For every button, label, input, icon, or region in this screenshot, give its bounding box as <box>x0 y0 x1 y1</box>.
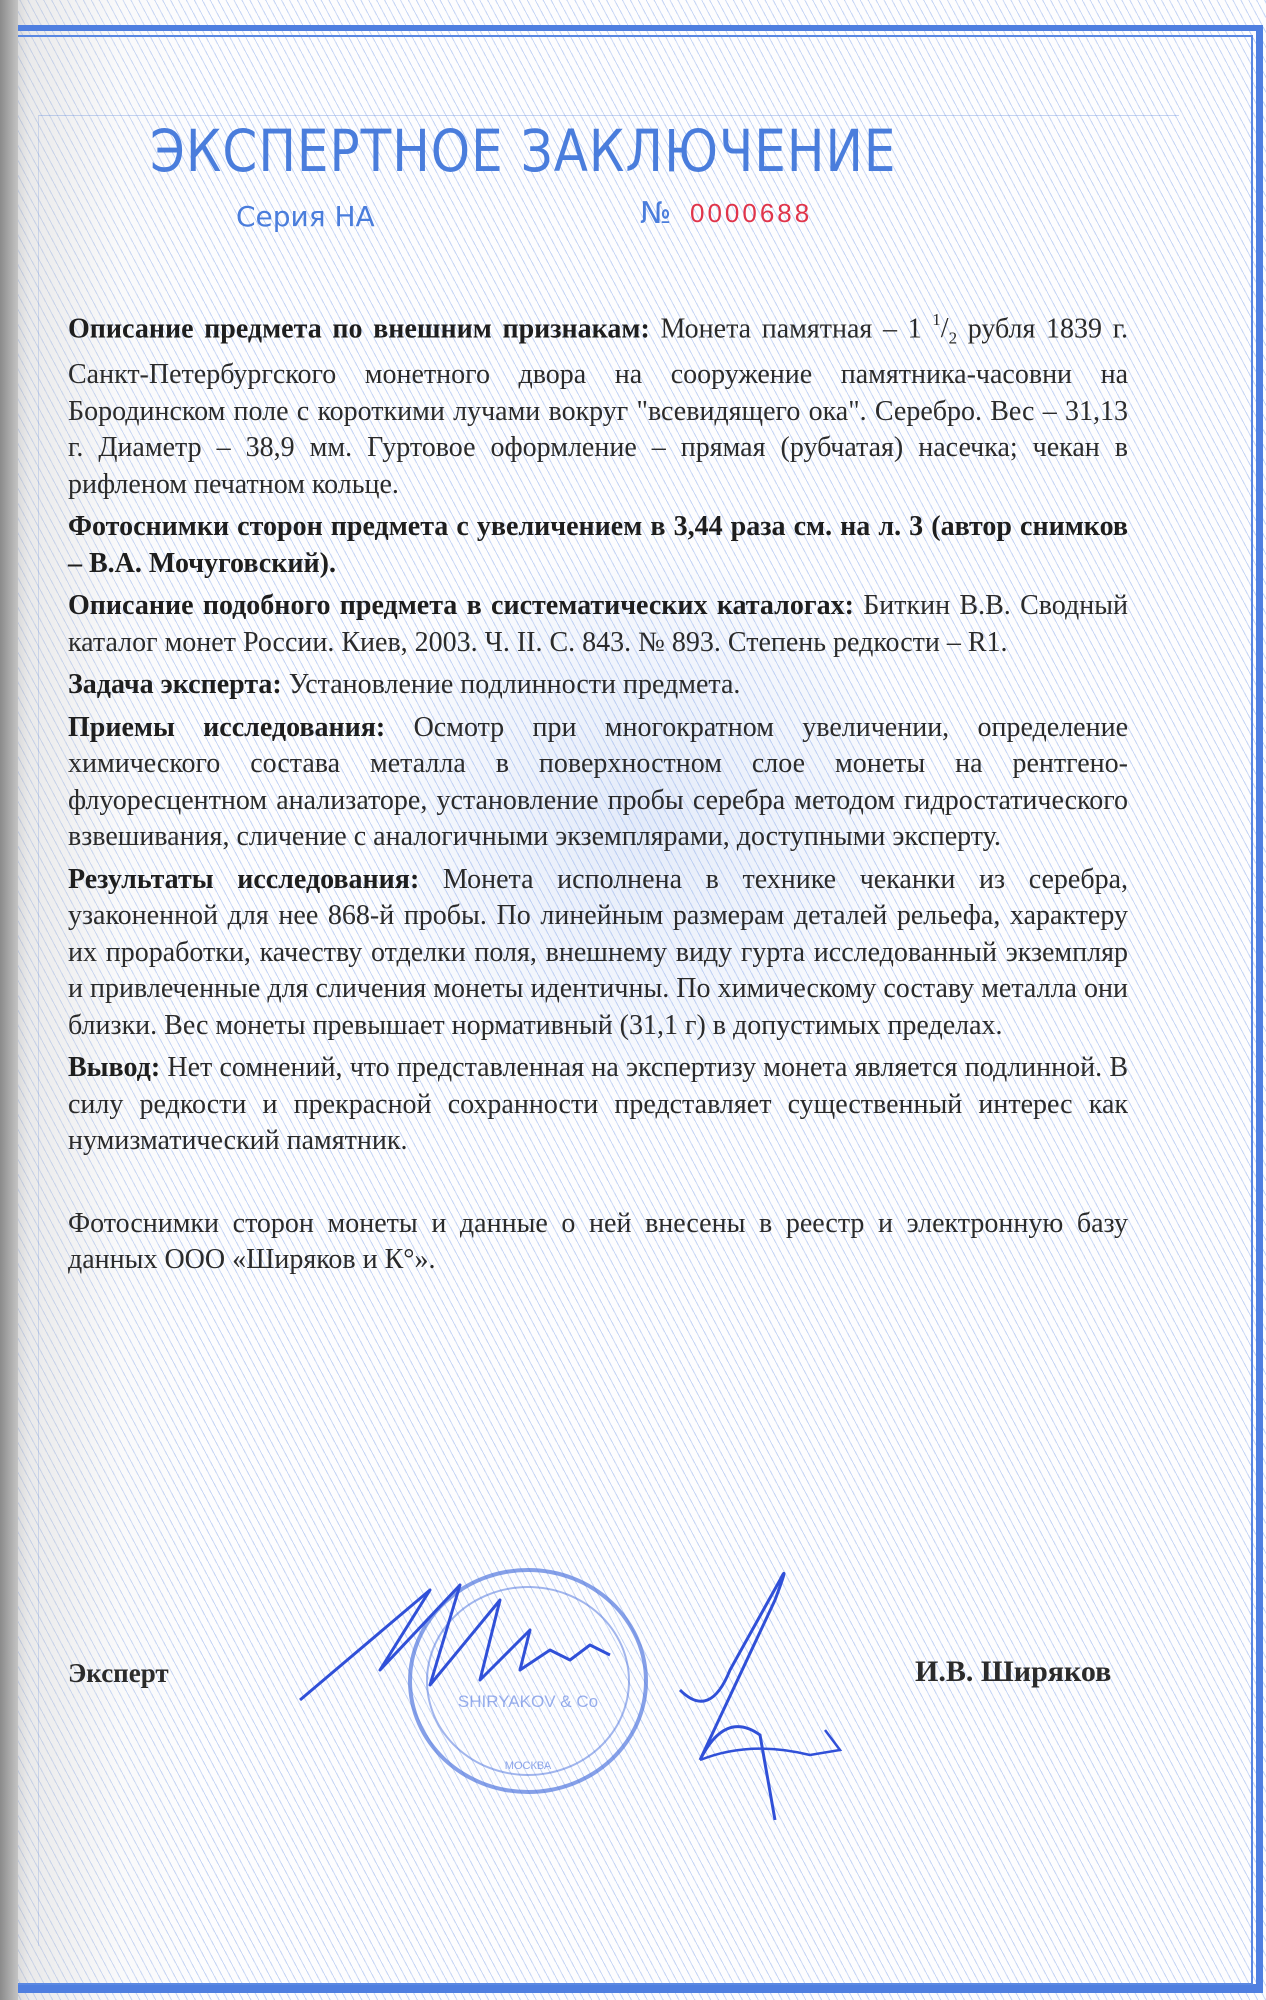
series-label: Серия НА <box>236 200 375 233</box>
section-text: Нет сомнений, что представленная на эксп… <box>68 1052 1128 1156</box>
section-label: Приемы исследования: <box>68 712 385 743</box>
section-photos: Фотоснимки сторон предмета с увеличением… <box>68 509 1128 582</box>
section-text: Установление подлинности предмета. <box>289 669 741 700</box>
expert-label: Эксперт <box>68 1658 169 1689</box>
section-label: Описание подобного предмета в систематич… <box>68 590 854 621</box>
number-sign: № <box>640 196 671 231</box>
section-catalogs: Описание подобного предмета в систематич… <box>68 588 1128 661</box>
section-results: Результаты исследования: Монета исполнен… <box>68 862 1128 1045</box>
register-note: Фотоснимки сторон монеты и данные о ней … <box>68 1206 1128 1279</box>
binding-shadow <box>0 0 18 2000</box>
section-label: Описание предмета по внешним признакам: <box>68 313 650 344</box>
serial-number: 0000688 <box>690 198 812 229</box>
section-methods: Приемы исследования: Осмотр при многокра… <box>68 710 1128 856</box>
expert-name: И.В. Ширяков <box>915 1655 1111 1689</box>
signature-icon <box>280 1560 930 1850</box>
section-label: Результаты исследования: <box>68 864 419 895</box>
conclusion-body: Описание предмета по внешним признакам: … <box>68 304 1128 1285</box>
section-label: Вывод: <box>68 1052 160 1083</box>
section-label: Фотоснимки сторон предмета с увеличением… <box>68 511 1128 579</box>
document-title: ЭКСПЕРТНОЕ ЗАКЛЮЧЕНИЕ <box>150 118 1000 185</box>
section-description: Описание предмета по внешним признакам: … <box>68 304 1128 503</box>
section-task: Задача эксперта: Установление подлинност… <box>68 667 1128 704</box>
fraction: 1/2 <box>932 313 957 344</box>
section-text: Монета памятная – 1 <box>660 313 921 344</box>
section-conclusion: Вывод: Нет сомнений, что представленная … <box>68 1050 1128 1160</box>
section-label: Задача эксперта: <box>68 669 282 700</box>
